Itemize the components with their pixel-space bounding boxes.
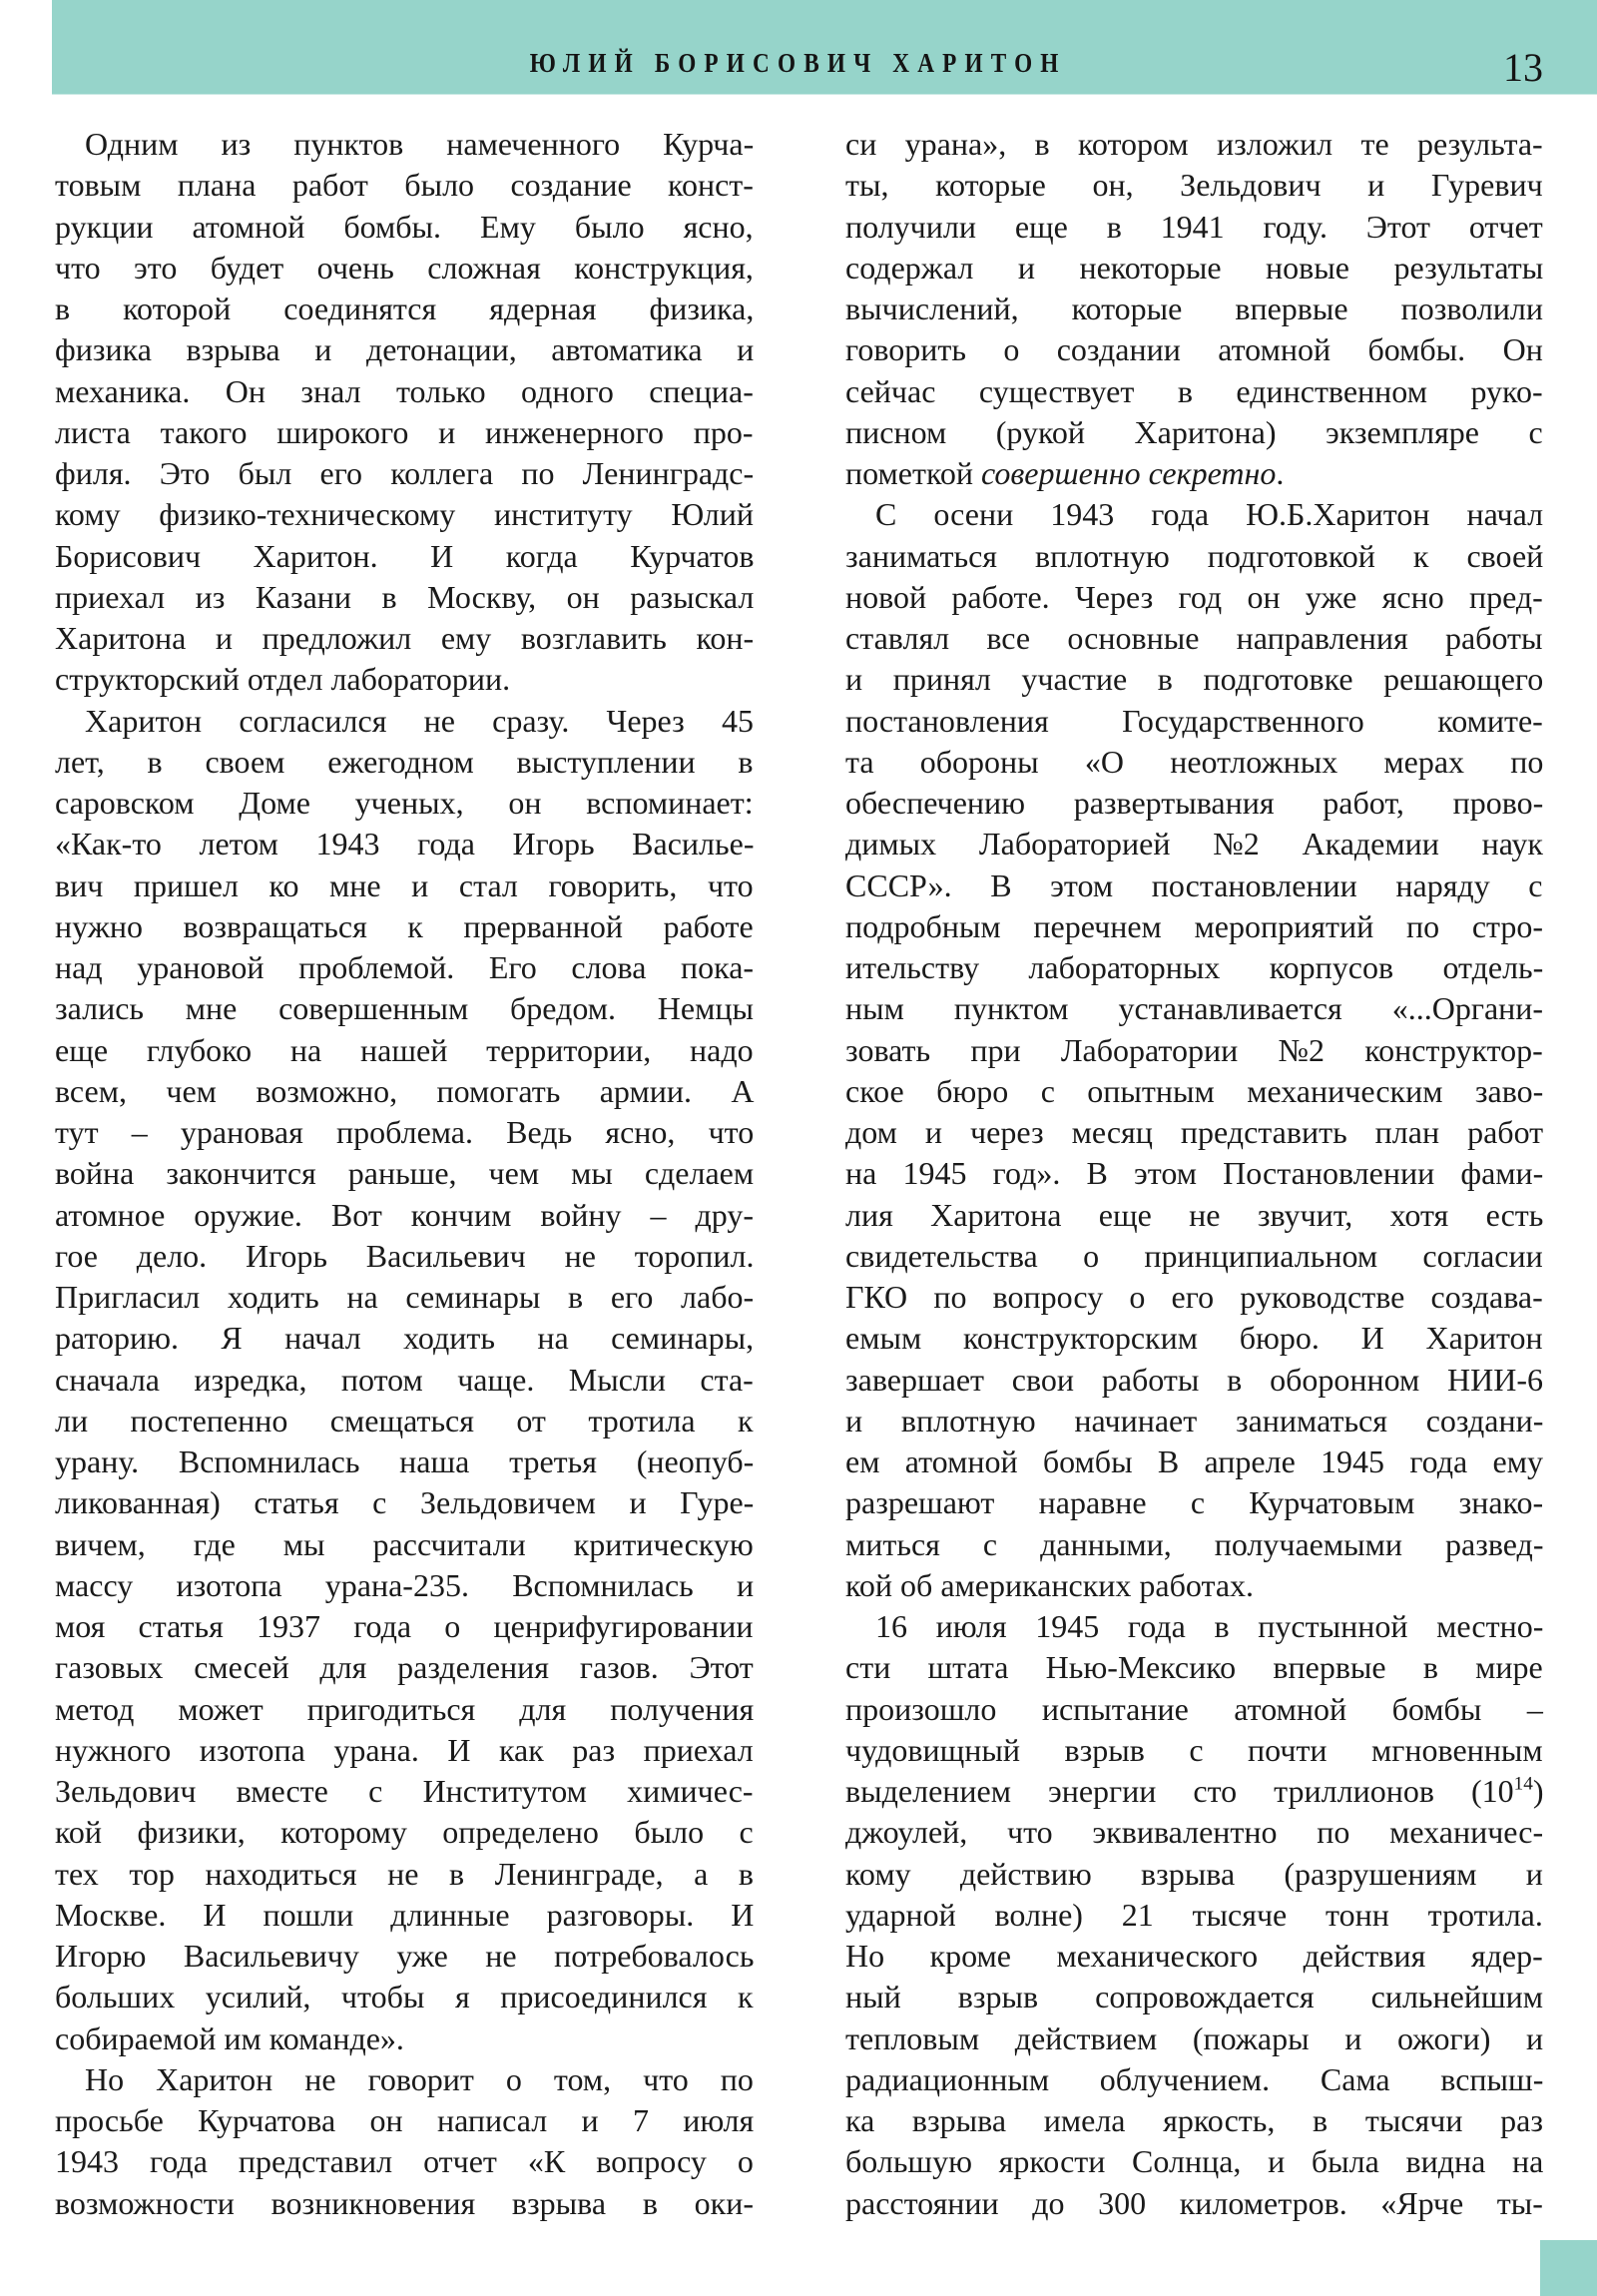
- text-line: большую яркости Солнца, и была видна на: [845, 2141, 1543, 2182]
- text-run: ставлял все основные направления работы: [845, 620, 1543, 656]
- text-run: и вплотную начинает заниматься создани-: [845, 1403, 1543, 1438]
- text-run: и принял участие в подготовке решающего: [845, 661, 1543, 697]
- text-line-content: димых Лабораторией №2 Академии наук: [845, 824, 1543, 864]
- text-line-content: метод может пригодиться для получения: [55, 1689, 754, 1730]
- text-line: метод может пригодиться для получения: [55, 1689, 754, 1730]
- text-line-content: нужно возвращаться к прерванной работе: [55, 906, 754, 947]
- text-line-content: война закончится раньше, чем мы сделаем: [55, 1153, 754, 1194]
- text-line: 1943 года представил отчет «К вопросу о: [55, 2141, 754, 2182]
- text-line-content: ли постепенно смещаться от тротила к: [55, 1401, 754, 1441]
- text-run: саровском Доме ученых, он вспоминает:: [55, 785, 754, 821]
- corner-decoration: [1540, 2240, 1597, 2296]
- text-line-content: Харитон согласился не сразу. Через 45: [85, 701, 754, 742]
- text-run: кой физики, которому определено было с: [55, 1814, 754, 1850]
- text-line-content: свидетельства о принципиальном согласии: [845, 1236, 1543, 1277]
- text-run: вычислений, которые впервые позволили: [845, 290, 1543, 326]
- text-line-content: и вплотную начинает заниматься создани-: [845, 1401, 1543, 1441]
- text-line-content: ты, которые он, Зельдович и Гуревич: [845, 165, 1543, 206]
- text-line-content: произошло испытание атомной бомбы –: [845, 1689, 1543, 1730]
- text-run: кой об американских работах.: [845, 1567, 1254, 1603]
- text-run: массу изотопа урана-235. Вспомнилась и: [55, 1567, 754, 1603]
- text-line-content: ударной волне) 21 тысяче тонн тротила.: [845, 1895, 1543, 1936]
- text-run: расстоянии до 300 километров. «Ярче ты-: [845, 2185, 1543, 2221]
- text-line: содержал и некоторые новые результаты: [845, 248, 1543, 288]
- text-run: димых Лабораторией №2 Академии наук: [845, 826, 1543, 861]
- text-line-content: та обороны «О неотложных мерах по: [845, 742, 1543, 783]
- text-line: рукции атомной бомбы. Ему было ясно,: [55, 207, 754, 248]
- text-line-content: возможности возникновения взрыва в оки-: [55, 2183, 754, 2224]
- text-run-tail: ): [1533, 1773, 1544, 1809]
- text-run: ударной волне) 21 тысяче тонн тротила.: [845, 1897, 1543, 1933]
- text-line-content: завершает свои работы в оборонном НИИ-6: [845, 1360, 1543, 1401]
- text-run: «Как-то летом 1943 года Игорь Василье-: [55, 826, 754, 861]
- text-run: тепловым действием (пожары и ожоги) и: [845, 2020, 1543, 2056]
- text-line: структорский отдел лаборатории.: [55, 659, 754, 700]
- text-line-content: кому действию взрыва (разрушениям и: [845, 1854, 1543, 1895]
- text-line-content: содержал и некоторые новые результаты: [845, 248, 1543, 288]
- text-line-content: новой работе. Через год он уже ясно пред…: [845, 577, 1543, 618]
- text-line-content: миться с данными, получаемыми развед-: [845, 1524, 1543, 1565]
- text-run: больших усилий, чтобы я присоединился к: [55, 1979, 754, 2014]
- text-run: вич пришел ко мне и стал говорить, что: [55, 867, 754, 903]
- text-line-content: 16 июля 1945 года в пустынной местно-: [875, 1606, 1543, 1647]
- text-line-content: приехал из Казани в Москву, он разыскал: [55, 577, 754, 618]
- text-line: филя. Это был его коллега по Ленинградс-: [55, 453, 754, 494]
- text-line-content: ское бюро с опытным механическим заво-: [845, 1071, 1543, 1112]
- text-line: си урана», в котором изложил те результа…: [845, 124, 1543, 165]
- text-run: писном (рукой Харитона) экземпляре с: [845, 414, 1543, 450]
- text-line-content: зовать при Лаборатории №2 конструктор-: [845, 1030, 1543, 1071]
- text-run: ли постепенно смещаться от тротила к: [55, 1403, 754, 1438]
- text-run: си урана», в котором изложил те результа…: [845, 126, 1543, 162]
- text-line-content: вичем, где мы рассчитали критическую: [55, 1524, 754, 1565]
- paragraph-first-line: Но Харитон не говорит о том, что по: [55, 2059, 754, 2100]
- text-run: над урановой проблемой. Его слова пока-: [55, 949, 754, 985]
- text-line-content: раторию. Я начал ходить на семинары,: [55, 1318, 754, 1359]
- text-run: разрешают наравне с Курчатовым знако-: [845, 1484, 1543, 1520]
- text-run: филя. Это был его коллега по Ленинградс-: [55, 455, 754, 491]
- text-line-content: сейчас существует в единственном руко-: [845, 371, 1543, 412]
- text-line-content: Одним из пунктов намеченного Курча-: [85, 124, 754, 165]
- text-line: ты, которые он, Зельдович и Гуревич: [845, 165, 1543, 206]
- text-line-content: чудовищный взрыв с почти мгновенным: [845, 1730, 1543, 1771]
- superscript-exponent: 14: [1514, 1774, 1533, 1795]
- text-run: С осени 1943 года Ю.Б.Харитон начал: [875, 496, 1543, 532]
- text-line: «Как-то летом 1943 года Игорь Василье-: [55, 824, 754, 864]
- text-line-content: Москве. И пошли длинные разговоры. И: [55, 1895, 754, 1936]
- text-run: зались мне совершенным бредом. Немцы: [55, 990, 754, 1026]
- text-line: ликованная) статья с Зельдовичем и Гуре-: [55, 1482, 754, 1523]
- text-run: урану. Вспомнилась наша третья (неопуб-: [55, 1443, 754, 1479]
- text-run: гое дело. Игорь Васильевич не торопил.: [55, 1238, 754, 1274]
- text-line: нужного изотопа урана. И как раз приехал: [55, 1730, 754, 1771]
- text-line-content: получили еще в 1941 году. Этот отчет: [845, 207, 1543, 248]
- text-run: механика. Он знал только одного специа-: [55, 373, 754, 409]
- text-line: и принял участие в подготовке решающего: [845, 659, 1543, 700]
- text-line-content: саровском Доме ученых, он вспоминает:: [55, 783, 754, 824]
- page-number: 13: [1493, 48, 1543, 88]
- text-line: Пригласил ходить на семинары в его лабо-: [55, 1277, 754, 1318]
- text-run: ка взрыва имела яркость, в тысячи раз: [845, 2102, 1543, 2138]
- text-line-content: 1943 года представил отчет «К вопросу о: [55, 2141, 754, 2182]
- text-run: емым конструкторским бюро. И Харитон: [845, 1320, 1543, 1356]
- text-line-content: нужного изотопа урана. И как раз приехал: [55, 1730, 754, 1771]
- text-line: на 1945 год». В этом Постановлении фами-: [845, 1153, 1543, 1194]
- text-line: радиационным облучением. Сама вспыш-: [845, 2059, 1543, 2100]
- text-line-content: дом и через месяц представить план работ: [845, 1112, 1543, 1153]
- text-line-content: тепловым действием (пожары и ожоги) и: [845, 2018, 1543, 2059]
- text-line-content: еще глубоко на нашей территории, надо: [55, 1030, 754, 1071]
- text-line-content: си урана», в котором изложил те результа…: [845, 124, 1543, 165]
- text-run: физика взрыва и детонации, автоматика и: [55, 331, 754, 367]
- text-line: что это будет очень сложная конструкция,: [55, 248, 754, 288]
- text-run: моя статья 1937 года о ценрифугировании: [55, 1608, 754, 1644]
- text-run: ское бюро с опытным механическим заво-: [845, 1073, 1543, 1109]
- text-line: тепловым действием (пожары и ожоги) и: [845, 2018, 1543, 2059]
- text-line-content: большую яркости Солнца, и была видна на: [845, 2141, 1543, 2182]
- text-line-content: заниматься вплотную подготовкой к своей: [845, 536, 1543, 577]
- text-run: свидетельства о принципиальном согласии: [845, 1238, 1543, 1274]
- text-run: атомное оружие. Вот кончим войну – дру-: [55, 1197, 754, 1233]
- text-run: Но кроме механического действия ядер-: [845, 1938, 1543, 1974]
- text-line-content: радиационным облучением. Сама вспыш-: [845, 2059, 1543, 2100]
- text-line: миться с данными, получаемыми развед-: [845, 1524, 1543, 1565]
- text-line: приехал из Казани в Москву, он разыскал: [55, 577, 754, 618]
- text-run: чудовищный взрыв с почти мгновенным: [845, 1732, 1543, 1768]
- text-line: лет, в своем ежегодном выступлении в: [55, 742, 754, 783]
- text-line: ГКО по вопросу о его руководстве создава…: [845, 1277, 1543, 1318]
- text-line-content: на 1945 год». В этом Постановлении фами-: [845, 1153, 1543, 1194]
- text-run: обеспечению развертывания работ, прово-: [845, 785, 1543, 821]
- text-line-content: структорский отдел лаборатории.: [55, 659, 510, 700]
- text-run: содержал и некоторые новые результаты: [845, 250, 1543, 286]
- text-line-content: ка взрыва имела яркость, в тысячи раз: [845, 2100, 1543, 2141]
- text-line-content: Зельдович вместе с Институтом химичес-: [55, 1771, 754, 1812]
- text-line-content: писном (рукой Харитона) экземпляре с: [845, 412, 1543, 453]
- text-line: ка взрыва имела яркость, в тысячи раз: [845, 2100, 1543, 2141]
- text-run: завершает свои работы в оборонном НИИ-6: [845, 1362, 1543, 1398]
- text-line-content: лет, в своем ежегодном выступлении в: [55, 742, 754, 783]
- text-run: сейчас существует в единственном руко-: [845, 373, 1543, 409]
- text-line-content: джоулей, что эквивалентно по механичес-: [845, 1812, 1543, 1853]
- text-line-content: вич пришел ко мне и стал говорить, что: [55, 865, 754, 906]
- text-line: механика. Он знал только одного специа-: [55, 371, 754, 412]
- paragraph-first-line: 16 июля 1945 года в пустынной местно-: [845, 1606, 1543, 1647]
- running-title-text: ЮЛИЙ БОРИСОВИЧ ХАРИТОН: [530, 48, 1067, 78]
- text-run: говорить о создании атомной бомбы. Он: [845, 331, 1543, 367]
- text-line: ударной волне) 21 тысяче тонн тротила.: [845, 1895, 1543, 1936]
- text-run: выделением энергии сто триллионов (10: [845, 1773, 1514, 1809]
- text-line-content: моя статья 1937 года о ценрифугировании: [55, 1606, 754, 1647]
- text-line: подробным перечнем мероприятий по стро-: [845, 906, 1543, 947]
- text-run: сначала изредка, потом чаще. Мысли ста-: [55, 1362, 754, 1398]
- text-run: Харитон согласился не сразу. Через 45: [85, 703, 754, 739]
- text-line: чудовищный взрыв с почти мгновенным: [845, 1730, 1543, 1771]
- text-run: что это будет очень сложная конструкция,: [55, 250, 754, 286]
- text-run: радиационным облучением. Сама вспыш-: [845, 2061, 1543, 2097]
- text-line-content: Харитона и предложил ему возглавить кон-: [55, 618, 754, 659]
- text-line: саровском Доме ученых, он вспоминает:: [55, 783, 754, 824]
- text-line: ным пунктом устанавливается «...Органи-: [845, 988, 1543, 1029]
- text-run: СССР». В этом постановлении наряду с: [845, 867, 1543, 903]
- text-run: газовых смесей для разделения газов. Это…: [55, 1649, 754, 1685]
- text-line: заниматься вплотную подготовкой к своей: [845, 536, 1543, 577]
- text-line-content: вычислений, которые впервые позволили: [845, 288, 1543, 329]
- text-line: всем, чем возможно, помогать армии. А: [55, 1071, 754, 1112]
- text-line: возможности возникновения взрыва в оки-: [55, 2183, 754, 2224]
- text-line-content: Игорю Васильевичу уже не потребовалось: [55, 1936, 754, 1977]
- text-line: Москве. И пошли длинные разговоры. И: [55, 1895, 754, 1936]
- text-line: газовых смесей для разделения газов. Это…: [55, 1647, 754, 1688]
- text-line-content: подробным перечнем мероприятий по стро-: [845, 906, 1543, 947]
- text-line: война закончится раньше, чем мы сделаем: [55, 1153, 754, 1194]
- text-line: расстоянии до 300 километров. «Ярче ты-: [845, 2183, 1543, 2224]
- text-run-tail: .: [1276, 455, 1284, 491]
- text-line: гое дело. Игорь Васильевич не торопил.: [55, 1236, 754, 1277]
- text-run: тех тор находиться не в Ленинграде, а в: [55, 1856, 754, 1892]
- text-run: тут – урановая проблема. Ведь ясно, что: [55, 1114, 754, 1150]
- text-line-content: кому физико-техническому институту Юлий: [55, 494, 754, 535]
- text-line-content: емым конструкторским бюро. И Харитон: [845, 1318, 1543, 1359]
- text-line: листа такого широкого и инженерного про-: [55, 412, 754, 453]
- text-run: постановления Государственного комите-: [845, 703, 1543, 739]
- text-line: физика взрыва и детонации, автоматика и: [55, 329, 754, 370]
- text-line: джоулей, что эквивалентно по механичес-: [845, 1812, 1543, 1853]
- text-line-content: тех тор находиться не в Ленинграде, а в: [55, 1854, 754, 1895]
- text-line: собираемой им команде».: [55, 2018, 754, 2059]
- text-line: Зельдович вместе с Институтом химичес-: [55, 1771, 754, 1812]
- text-run: Борисович Харитон. И когда Курчатов: [55, 538, 754, 574]
- text-line-content: гое дело. Игорь Васильевич не торопил.: [55, 1236, 754, 1277]
- text-line: говорить о создании атомной бомбы. Он: [845, 329, 1543, 370]
- text-line: сти штата Нью-Мексико впервые в мире: [845, 1647, 1543, 1688]
- text-line: димых Лабораторией №2 Академии наук: [845, 824, 1543, 864]
- text-line-content: сначала изредка, потом чаще. Мысли ста-: [55, 1360, 754, 1401]
- text-line-content: лия Харитона еще не звучит, хотя есть: [845, 1195, 1543, 1236]
- text-line: тут – урановая проблема. Ведь ясно, что: [55, 1112, 754, 1153]
- text-run: произошло испытание атомной бомбы –: [845, 1691, 1543, 1727]
- text-line: ительству лабораторных корпусов отдель-: [845, 947, 1543, 988]
- text-line: обеспечению развертывания работ, прово-: [845, 783, 1543, 824]
- text-line: получили еще в 1941 году. Этот отчет: [845, 207, 1543, 248]
- text-line: ли постепенно смещаться от тротила к: [55, 1401, 754, 1441]
- text-run: раторию. Я начал ходить на семинары,: [55, 1320, 754, 1356]
- text-run: нужного изотопа урана. И как раз приехал: [55, 1732, 754, 1768]
- text-line: кому физико-техническому институту Юлий: [55, 494, 754, 535]
- text-line-content: Но кроме механического действия ядер-: [845, 1936, 1543, 1977]
- text-line-content: обеспечению развертывания работ, прово-: [845, 783, 1543, 824]
- text-run: нужно возвращаться к прерванной работе: [55, 908, 754, 944]
- text-line-content: Борисович Харитон. И когда Курчатов: [55, 536, 754, 577]
- text-line-content: Пригласил ходить на семинары в его лабо-: [55, 1277, 754, 1318]
- text-line-content: товым плана работ было создание конст-: [55, 165, 754, 206]
- text-line: писном (рукой Харитона) экземпляре с: [845, 412, 1543, 453]
- text-line-content: собираемой им команде».: [55, 2018, 404, 2059]
- text-line-content: «Как-то летом 1943 года Игорь Василье-: [55, 824, 754, 864]
- text-run: ГКО по вопросу о его руководстве создава…: [845, 1279, 1543, 1315]
- text-line: тех тор находиться не в Ленинграде, а в: [55, 1854, 754, 1895]
- text-run: новой работе. Через год он уже ясно пред…: [845, 579, 1543, 615]
- text-line: товым плана работ было создание конст-: [55, 165, 754, 206]
- text-line-content: над урановой проблемой. Его слова пока-: [55, 947, 754, 988]
- text-run: сти штата Нью-Мексико впервые в мире: [845, 1649, 1543, 1685]
- text-line-content: ем атомной бомбы В апреле 1945 года ему: [845, 1441, 1543, 1482]
- text-line: еще глубоко на нашей территории, надо: [55, 1030, 754, 1071]
- text-line: урану. Вспомнилась наша третья (неопуб-: [55, 1441, 754, 1482]
- text-run: кому физико-техническому институту Юлий: [55, 496, 754, 532]
- text-run: структорский отдел лаборатории.: [55, 661, 510, 697]
- text-run: Пригласил ходить на семинары в его лабо-: [55, 1279, 754, 1315]
- text-run: товым плана работ было создание конст-: [55, 167, 754, 203]
- text-line: разрешают наравне с Курчатовым знако-: [845, 1482, 1543, 1523]
- text-run: дом и через месяц представить план работ: [845, 1114, 1543, 1150]
- text-run: подробным перечнем мероприятий по стро-: [845, 908, 1543, 944]
- text-line: завершает свои работы в оборонном НИИ-6: [845, 1360, 1543, 1401]
- text-line-content: ставлял все основные направления работы: [845, 618, 1543, 659]
- text-line: над урановой проблемой. Его слова пока-: [55, 947, 754, 988]
- text-run: ликованная) статья с Зельдовичем и Гуре-: [55, 1484, 754, 1520]
- text-run: приехал из Казани в Москву, он разыскал: [55, 579, 754, 615]
- text-run: большую яркости Солнца, и была видна на: [845, 2143, 1543, 2179]
- text-line-content: больших усилий, чтобы я присоединился к: [55, 1977, 754, 2017]
- text-column-right: си урана», в котором изложил те результа…: [845, 124, 1543, 2224]
- text-line: пометкой совершенно секретно.: [845, 453, 1543, 494]
- text-run: Игорю Васильевичу уже не потребовалось: [55, 1938, 754, 1974]
- text-line: ный взрыв сопровождается сильнейшим: [845, 1977, 1543, 2017]
- text-line: и вплотную начинает заниматься создани-: [845, 1401, 1543, 1441]
- text-run: Харитона и предложил ему возглавить кон-: [55, 620, 754, 656]
- text-line: сейчас существует в единственном руко-: [845, 371, 1543, 412]
- text-run: метод может пригодиться для получения: [55, 1691, 754, 1727]
- text-line-content: зались мне совершенным бредом. Немцы: [55, 988, 754, 1029]
- text-line: просьбе Курчатова он написал и 7 июля: [55, 2100, 754, 2141]
- text-line-content: массу изотопа урана-235. Вспомнилась и: [55, 1565, 754, 1606]
- text-line-content: выделением энергии сто триллионов (1014): [845, 1771, 1543, 1812]
- text-run: листа такого широкого и инженерного про-: [55, 414, 754, 450]
- text-run: в которой соединятся ядерная физика,: [55, 290, 754, 326]
- text-line: в которой соединятся ядерная физика,: [55, 288, 754, 329]
- text-line-content: разрешают наравне с Курчатовым знако-: [845, 1482, 1543, 1523]
- text-run: на 1945 год». В этом Постановлении фами-: [845, 1155, 1543, 1191]
- text-run: ный взрыв сопровождается сильнейшим: [845, 1979, 1543, 2014]
- text-run: Но Харитон не говорит о том, что по: [85, 2061, 754, 2097]
- text-line: ское бюро с опытным механическим заво-: [845, 1071, 1543, 1112]
- text-line: ем атомной бомбы В апреле 1945 года ему: [845, 1441, 1543, 1482]
- text-run: просьбе Курчатова он написал и 7 июля: [55, 2102, 754, 2138]
- text-line: выделением энергии сто триллионов (1014): [845, 1771, 1543, 1812]
- text-line-content: что это будет очень сложная конструкция,: [55, 248, 754, 288]
- text-line-content: кой физики, которому определено было с: [55, 1812, 754, 1853]
- text-line: свидетельства о принципиальном согласии: [845, 1236, 1543, 1277]
- text-line: новой работе. Через год он уже ясно пред…: [845, 577, 1543, 618]
- italic-emphasis: совершенно секретно: [981, 455, 1276, 491]
- text-line-content: СССР». В этом постановлении наряду с: [845, 865, 1543, 906]
- text-run: ным пунктом устанавливается «...Органи-: [845, 990, 1543, 1026]
- text-run: лет, в своем ежегодном выступлении в: [55, 744, 754, 780]
- text-line: произошло испытание атомной бомбы –: [845, 1689, 1543, 1730]
- text-line: нужно возвращаться к прерванной работе: [55, 906, 754, 947]
- text-line: кой физики, которому определено было с: [55, 1812, 754, 1853]
- text-line-content: в которой соединятся ядерная физика,: [55, 288, 754, 329]
- text-line-content: рукции атомной бомбы. Ему было ясно,: [55, 207, 754, 248]
- text-run: вичем, где мы рассчитали критическую: [55, 1526, 754, 1562]
- text-run: пометкой: [845, 455, 981, 491]
- text-line-content: расстоянии до 300 километров. «Ярче ты-: [845, 2183, 1543, 2224]
- text-line: Харитона и предложил ему возглавить кон-: [55, 618, 754, 659]
- text-line-content: физика взрыва и детонации, автоматика и: [55, 329, 754, 370]
- text-run: ительству лабораторных корпусов отдель-: [845, 949, 1543, 985]
- text-line-content: газовых смесей для разделения газов. Это…: [55, 1647, 754, 1688]
- text-line-content: атомное оружие. Вот кончим войну – дру-: [55, 1195, 754, 1236]
- text-line-content: ГКО по вопросу о его руководстве создава…: [845, 1277, 1543, 1318]
- text-line-content: листа такого широкого и инженерного про-: [55, 412, 754, 453]
- text-line-content: говорить о создании атомной бомбы. Он: [845, 329, 1543, 370]
- text-line: емым конструкторским бюро. И Харитон: [845, 1318, 1543, 1359]
- text-line-content: ным пунктом устанавливается «...Органи-: [845, 988, 1543, 1029]
- text-run: 1943 года представил отчет «К вопросу о: [55, 2143, 754, 2179]
- text-run: ты, которые он, Зельдович и Гуревич: [845, 167, 1543, 203]
- text-line: атомное оружие. Вот кончим войну – дру-: [55, 1195, 754, 1236]
- text-line-content: филя. Это был его коллега по Ленинградс-: [55, 453, 754, 494]
- text-line: СССР». В этом постановлении наряду с: [845, 865, 1543, 906]
- running-title: ЮЛИЙ БОРИСОВИЧ ХАРИТОН: [52, 48, 1545, 78]
- paragraph-first-line: С осени 1943 года Ю.Б.Харитон начал: [845, 494, 1543, 535]
- text-run: кому действию взрыва (разрушениям и: [845, 1856, 1543, 1892]
- text-run: Одним из пунктов намеченного Курча-: [85, 126, 754, 162]
- paragraph-first-line: Одним из пунктов намеченного Курча-: [55, 124, 754, 165]
- text-line: Но кроме механического действия ядер-: [845, 1936, 1543, 1977]
- text-line-content: ликованная) статья с Зельдовичем и Гуре-: [55, 1482, 754, 1523]
- text-run: заниматься вплотную подготовкой к своей: [845, 538, 1543, 574]
- text-run: джоулей, что эквивалентно по механичес-: [845, 1814, 1543, 1850]
- text-run: рукции атомной бомбы. Ему было ясно,: [55, 209, 754, 245]
- text-run: зовать при Лаборатории №2 конструктор-: [845, 1032, 1543, 1068]
- text-column-left: Одним из пунктов намеченного Курча-товым…: [55, 124, 754, 2224]
- text-line-content: ный взрыв сопровождается сильнейшим: [845, 1977, 1543, 2017]
- text-line-content: всем, чем возможно, помогать армии. А: [55, 1071, 754, 1112]
- text-run: та обороны «О неотложных мерах по: [845, 744, 1543, 780]
- text-line: та обороны «О неотложных мерах по: [845, 742, 1543, 783]
- text-line: зались мне совершенным бредом. Немцы: [55, 988, 754, 1029]
- text-line-content: ительству лабораторных корпусов отдель-: [845, 947, 1543, 988]
- text-run: еще глубоко на нашей территории, надо: [55, 1032, 754, 1068]
- text-run: возможности возникновения взрыва в оки-: [55, 2185, 754, 2221]
- text-line: вичем, где мы рассчитали критическую: [55, 1524, 754, 1565]
- text-line: сначала изредка, потом чаще. Мысли ста-: [55, 1360, 754, 1401]
- text-run: получили еще в 1941 году. Этот отчет: [845, 209, 1543, 245]
- text-line: кому действию взрыва (разрушениям и: [845, 1854, 1543, 1895]
- text-line: моя статья 1937 года о ценрифугировании: [55, 1606, 754, 1647]
- text-line-content: тут – урановая проблема. Ведь ясно, что: [55, 1112, 754, 1153]
- text-line: раторию. Я начал ходить на семинары,: [55, 1318, 754, 1359]
- text-line: больших усилий, чтобы я присоединился к: [55, 1977, 754, 2017]
- text-line-content: постановления Государственного комите-: [845, 701, 1543, 742]
- text-line: зовать при Лаборатории №2 конструктор-: [845, 1030, 1543, 1071]
- text-line: кой об американских работах.: [845, 1565, 1543, 1606]
- text-run: миться с данными, получаемыми развед-: [845, 1526, 1543, 1562]
- text-line-content: кой об американских работах.: [845, 1565, 1254, 1606]
- text-line-content: сти штата Нью-Мексико впервые в мире: [845, 1647, 1543, 1688]
- text-line-content: С осени 1943 года Ю.Б.Харитон начал: [875, 494, 1543, 535]
- text-line-content: урану. Вспомнилась наша третья (неопуб-: [55, 1441, 754, 1482]
- text-run: собираемой им команде».: [55, 2020, 404, 2056]
- text-line: массу изотопа урана-235. Вспомнилась и: [55, 1565, 754, 1606]
- text-run: всем, чем возможно, помогать армии. А: [55, 1073, 754, 1109]
- text-line-content: и принял участие в подготовке решающего: [845, 659, 1543, 700]
- text-line-content: просьбе Курчатова он написал и 7 июля: [55, 2100, 754, 2141]
- text-line: дом и через месяц представить план работ: [845, 1112, 1543, 1153]
- text-line: постановления Государственного комите-: [845, 701, 1543, 742]
